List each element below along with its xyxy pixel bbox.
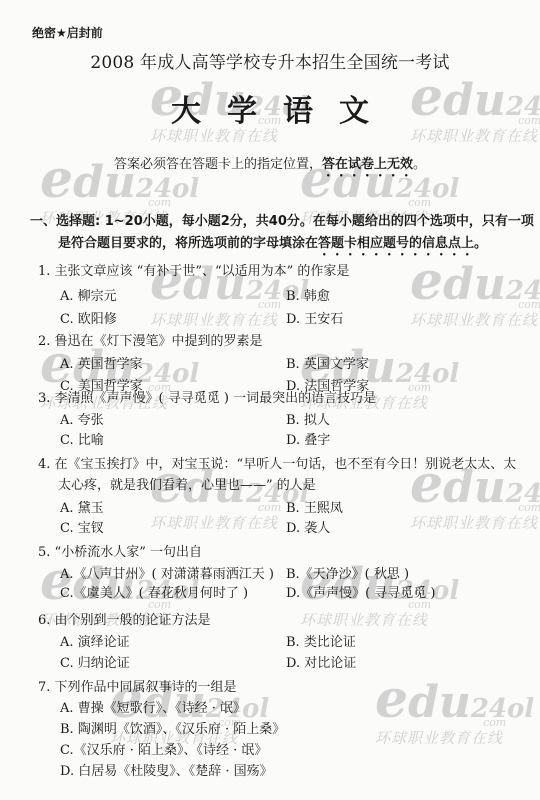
option-3d[interactable]: D. 叠字: [286, 429, 330, 448]
option-3b[interactable]: B. 拟人: [286, 409, 330, 428]
watermark: edu24ol com 环球职业教育在线: [410, 262, 540, 330]
question-6: 6. 由个别到一般的论证方法是: [38, 609, 211, 628]
notice-text: 答案必须答在答题卡上的指定位置，: [114, 157, 322, 172]
section-instructions-line1: 一、选择题: 1~20小题，每小题2分，共40分。在每小题给出的四个选项中，只有…: [30, 210, 534, 229]
option-3c[interactable]: C. 比喻: [60, 429, 104, 448]
question-5: 5. “小桥流水人家” 一句出自: [38, 541, 202, 560]
option-1d[interactable]: D. 王安石: [286, 308, 343, 327]
subject-title: 大学语文: [0, 86, 540, 130]
option-7a[interactable]: A. 曹操《短歌行》、《诗经 · 氓》: [60, 697, 246, 716]
option-2a[interactable]: A. 英国哲学家: [60, 353, 143, 372]
question-4: 4. 在《宝玉挨打》中，对宝玉说：“早听人一句话，也不至有今日！别说老太太、太: [38, 453, 516, 472]
option-5c[interactable]: C.《虞美人》( 春花秋月何时了 ): [60, 582, 248, 601]
option-7d[interactable]: D. 白居易《杜陵叟》、《楚辞 · 国殇》: [60, 760, 273, 779]
option-5a[interactable]: A.《八声甘州》( 对潇潇暮雨洒江天 ): [60, 563, 274, 582]
option-4d[interactable]: D. 袭人: [286, 517, 330, 536]
instr-text: 是符合题目要求的，将所选项前的字母填涂在: [58, 236, 318, 251]
watermark: edu24ol com 环球职业教育在线: [375, 680, 534, 748]
confidential-label: 绝密★启封前: [32, 24, 103, 41]
option-5b[interactable]: B.《天净沙》( 秋思 ): [286, 563, 409, 582]
option-2b[interactable]: B. 英国文学家: [286, 353, 369, 372]
option-6a[interactable]: A. 演绎论证: [60, 631, 130, 650]
option-6c[interactable]: C. 归纳论证: [60, 652, 130, 671]
notice-suffix: 。: [413, 157, 426, 172]
option-6d[interactable]: D. 对比论证: [286, 652, 356, 671]
answer-notice: 答案必须答在答题卡上的指定位置，答在试卷上无效。: [0, 153, 540, 180]
option-4a[interactable]: A. 黛玉: [60, 497, 104, 516]
option-4c[interactable]: C. 宝钗: [60, 517, 104, 536]
question-3: 3. 李清照《声声慢》( 寻寻觅觅 ) 一词最突出的语言技巧是: [38, 387, 376, 406]
option-1c[interactable]: C. 欧阳修: [60, 308, 117, 327]
option-1b[interactable]: B. 韩愈: [286, 285, 330, 304]
instr-emphasis: 答题卡相应题号的信息点上: [318, 236, 474, 251]
section-instructions-line2: 是符合题目要求的，将所选项前的字母填涂在答题卡相应题号的信息点上。: [58, 232, 487, 259]
question-1: 1. 主张文章应该 “有补于世”、“以适用为本” 的作家是: [38, 260, 349, 279]
notice-emphasis: 答在试卷上无效: [322, 157, 413, 172]
option-4b[interactable]: B. 王熙凤: [286, 497, 343, 516]
question-7: 7. 下列作品中同属叙事诗的一组是: [38, 676, 237, 695]
option-3a[interactable]: A. 夸张: [60, 409, 104, 428]
option-1a[interactable]: A. 柳宗元: [60, 285, 117, 304]
instr-suffix: 。: [474, 236, 487, 251]
option-7b[interactable]: B. 陶渊明《饮酒》、《汉乐府 · 陌上桑》: [60, 718, 285, 737]
option-5d[interactable]: D.《声声慢》( 寻寻觅觅 ): [286, 582, 436, 601]
question-2: 2. 鲁迅在《灯下漫笔》中提到的罗素是: [38, 330, 263, 349]
exam-title: 2008 年成人高等学校专升本招生全国统一考试: [0, 48, 540, 73]
question-4-continued: 太心疼，就是我们看着，心里也——” 的人是: [58, 474, 316, 493]
option-6b[interactable]: B. 类比论证: [286, 631, 356, 650]
option-7c[interactable]: C.《汉乐府 · 陌上桑》、《诗经 · 氓》: [60, 739, 267, 758]
watermark: edu24ol com 环球职业教育在线: [410, 465, 540, 533]
